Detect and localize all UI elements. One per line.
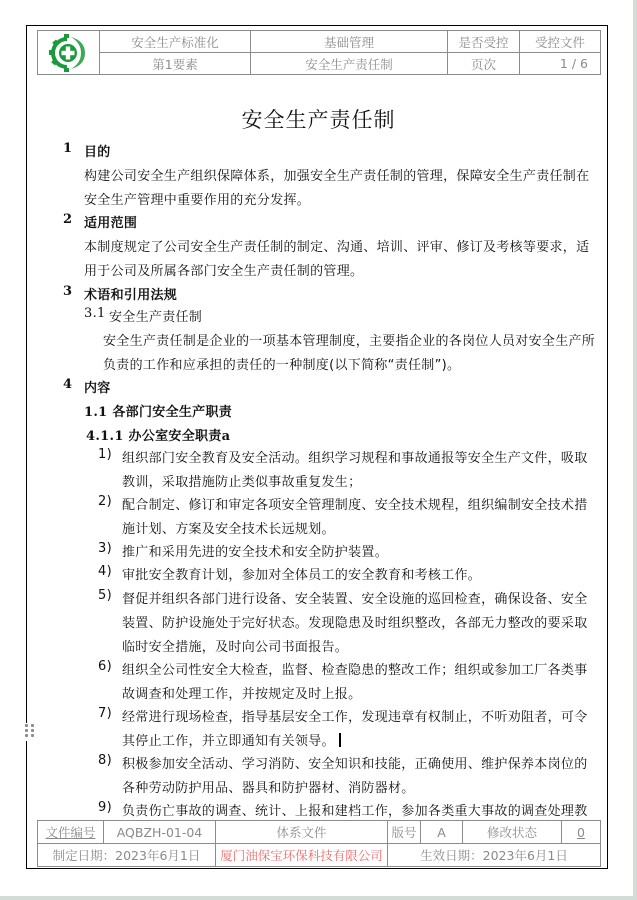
- footer-doc-no-label: 文件编号: [38, 821, 104, 844]
- window-edge-right: [633, 0, 637, 900]
- paragraph-line: 安全生产管理中重要作用的充分发挥。: [84, 189, 310, 208]
- list-item-text: 其停止工作，并立即通知有关领导。: [122, 734, 335, 749]
- list-item-line: 配合制定、修订和审定各项安全管理制度、安全技术规程，组织编制安全技术措: [122, 494, 588, 513]
- list-item-number: 8): [98, 753, 112, 768]
- footer-version-label: 版号: [388, 821, 421, 844]
- footer-doc-no: AQBZH-01-04: [104, 821, 216, 844]
- list-item-number: 9): [98, 800, 112, 815]
- list-item-number: 4): [98, 564, 112, 579]
- list-item-number: 6): [98, 659, 112, 674]
- safety-logo-icon: [47, 33, 91, 73]
- list-item-number: 5): [98, 588, 112, 603]
- list-item-number: 7): [98, 706, 112, 721]
- text-cursor: [339, 733, 341, 747]
- header-table: 安全生产标准化 基础管理 是否受控 受控文件 第1要素 安全生产责任制 页次 1…: [37, 30, 601, 75]
- window-edge-bottom: [0, 896, 637, 900]
- section-heading: 目的: [84, 141, 111, 160]
- list-item-line: 经常进行现场检查，指导基层安全工作，发现违章有权制止，不听劝阻者，可令: [122, 706, 588, 725]
- section-number: 1: [63, 141, 72, 156]
- footer-effective-date: 生效日期：2023年6月1日: [388, 844, 601, 867]
- header-controlled-label: 是否受控: [448, 31, 520, 53]
- list-item-line: 故调查和处理工作，并按规定及时上报。: [122, 683, 361, 702]
- header-category: 安全生产标准化: [100, 31, 251, 53]
- list-item-line: 组织部门安全教育及安全活动。组织学习规程和事故通报等安全生产文件，吸取: [122, 447, 588, 466]
- header-module: 基础管理: [251, 31, 448, 53]
- section-number: 4: [63, 377, 72, 392]
- list-item-line: 临时安全措施，及时向公司书面报告。: [122, 636, 348, 655]
- footer-table: 文件编号 AQBZH-01-04 体系文件 版号 A 修改状态 0 制定日期：2…: [37, 820, 601, 867]
- footer-company: 厦门油保宝环保科技有限公司: [216, 844, 388, 867]
- list-item-number: 3): [98, 541, 112, 556]
- drag-handle-icon[interactable]: [24, 723, 35, 741]
- section-number: 3: [63, 284, 72, 299]
- logo-cell: [38, 31, 100, 75]
- list-item-line: 各种劳动防护用品、器具和防护器材、消防器材。: [122, 777, 415, 796]
- paragraph-line: 安全生产责任制是企业的一项基本管理制度，主要指企业的各岗位人员对安全生产所: [103, 330, 595, 349]
- list-item-number: 2): [98, 494, 112, 509]
- paragraph-line: 负责的工作和应承担的责任的一种制度(以下简称“责任制”)。: [103, 354, 460, 373]
- section-heading: 术语和引用法规: [84, 284, 177, 303]
- list-item-line: 其停止工作，并立即通知有关领导。: [122, 730, 341, 749]
- list-item-line: 组织全公司性安全大检查，监督、检查隐患的整改工作；组织或参加工厂各类事: [122, 659, 588, 678]
- list-item-line: 督促并组织各部门进行设备、安全装置、安全设施的巡回检查，确保设备、安全: [122, 588, 588, 607]
- subsection-heading: 安全生产责任制: [109, 306, 202, 325]
- footer-revision: 0: [562, 821, 601, 844]
- footer-version: A: [421, 821, 463, 844]
- list-item-line: 教训，采取措施防止类似事故重复发生；: [122, 471, 361, 490]
- list-item-line: 审批安全教育计划，参加对全体员工的安全教育和考核工作。: [122, 564, 481, 583]
- header-page-number: 1 / 6: [520, 53, 601, 75]
- footer-revision-label: 修改状态: [463, 821, 562, 844]
- footer-system-file: 体系文件: [216, 821, 388, 844]
- header-doc-name: 安全生产责任制: [251, 53, 448, 75]
- list-item-line: 施计划、方案及安全技术长远规划。: [122, 518, 335, 537]
- header-element: 第1要素: [100, 53, 251, 75]
- paragraph-line: 用于公司及所属各部门安全生产责任制的管理。: [84, 260, 363, 279]
- subsubsection-heading: 4.1.1 办公室安全职责a: [86, 425, 230, 444]
- list-item-line: 负责伤亡事故的调查、统计、上报和建档工作，参加各类重大事故的调查处理教: [122, 800, 588, 819]
- list-item-line: 装置、防护设施处于完好状态。发现隐患及时组织整改，各部无力整改的要采取: [122, 612, 588, 631]
- list-item-line: 推广和采用先进的安全技术和安全防护装置。: [122, 541, 388, 560]
- paragraph-line: 本制度规定了公司安全生产责任制的制定、沟通、培训、评审、修订及考核等要求，适: [84, 236, 589, 255]
- paragraph-line: 构建公司安全生产组织保障体系，加强安全生产责任制的管理，保障安全生产责任制在: [84, 165, 589, 184]
- subsection-heading: 1.1 各部门安全生产职责: [84, 401, 232, 420]
- section-heading: 内容: [84, 377, 111, 396]
- list-item-number: 1): [98, 447, 112, 462]
- section-heading: 适用范围: [84, 212, 137, 231]
- footer-issue-date: 制定日期：2023年6月1日: [38, 844, 216, 867]
- header-controlled-value: 受控文件: [520, 31, 601, 53]
- section-number: 2: [63, 212, 72, 227]
- list-item-line: 积极参加安全活动、学习消防、安全知识和技能，正确使用、维护保养本岗位的: [122, 753, 588, 772]
- subsection-number: 3.1: [84, 306, 106, 321]
- header-page-label: 页次: [448, 53, 520, 75]
- document-title: 安全生产责任制: [0, 104, 637, 134]
